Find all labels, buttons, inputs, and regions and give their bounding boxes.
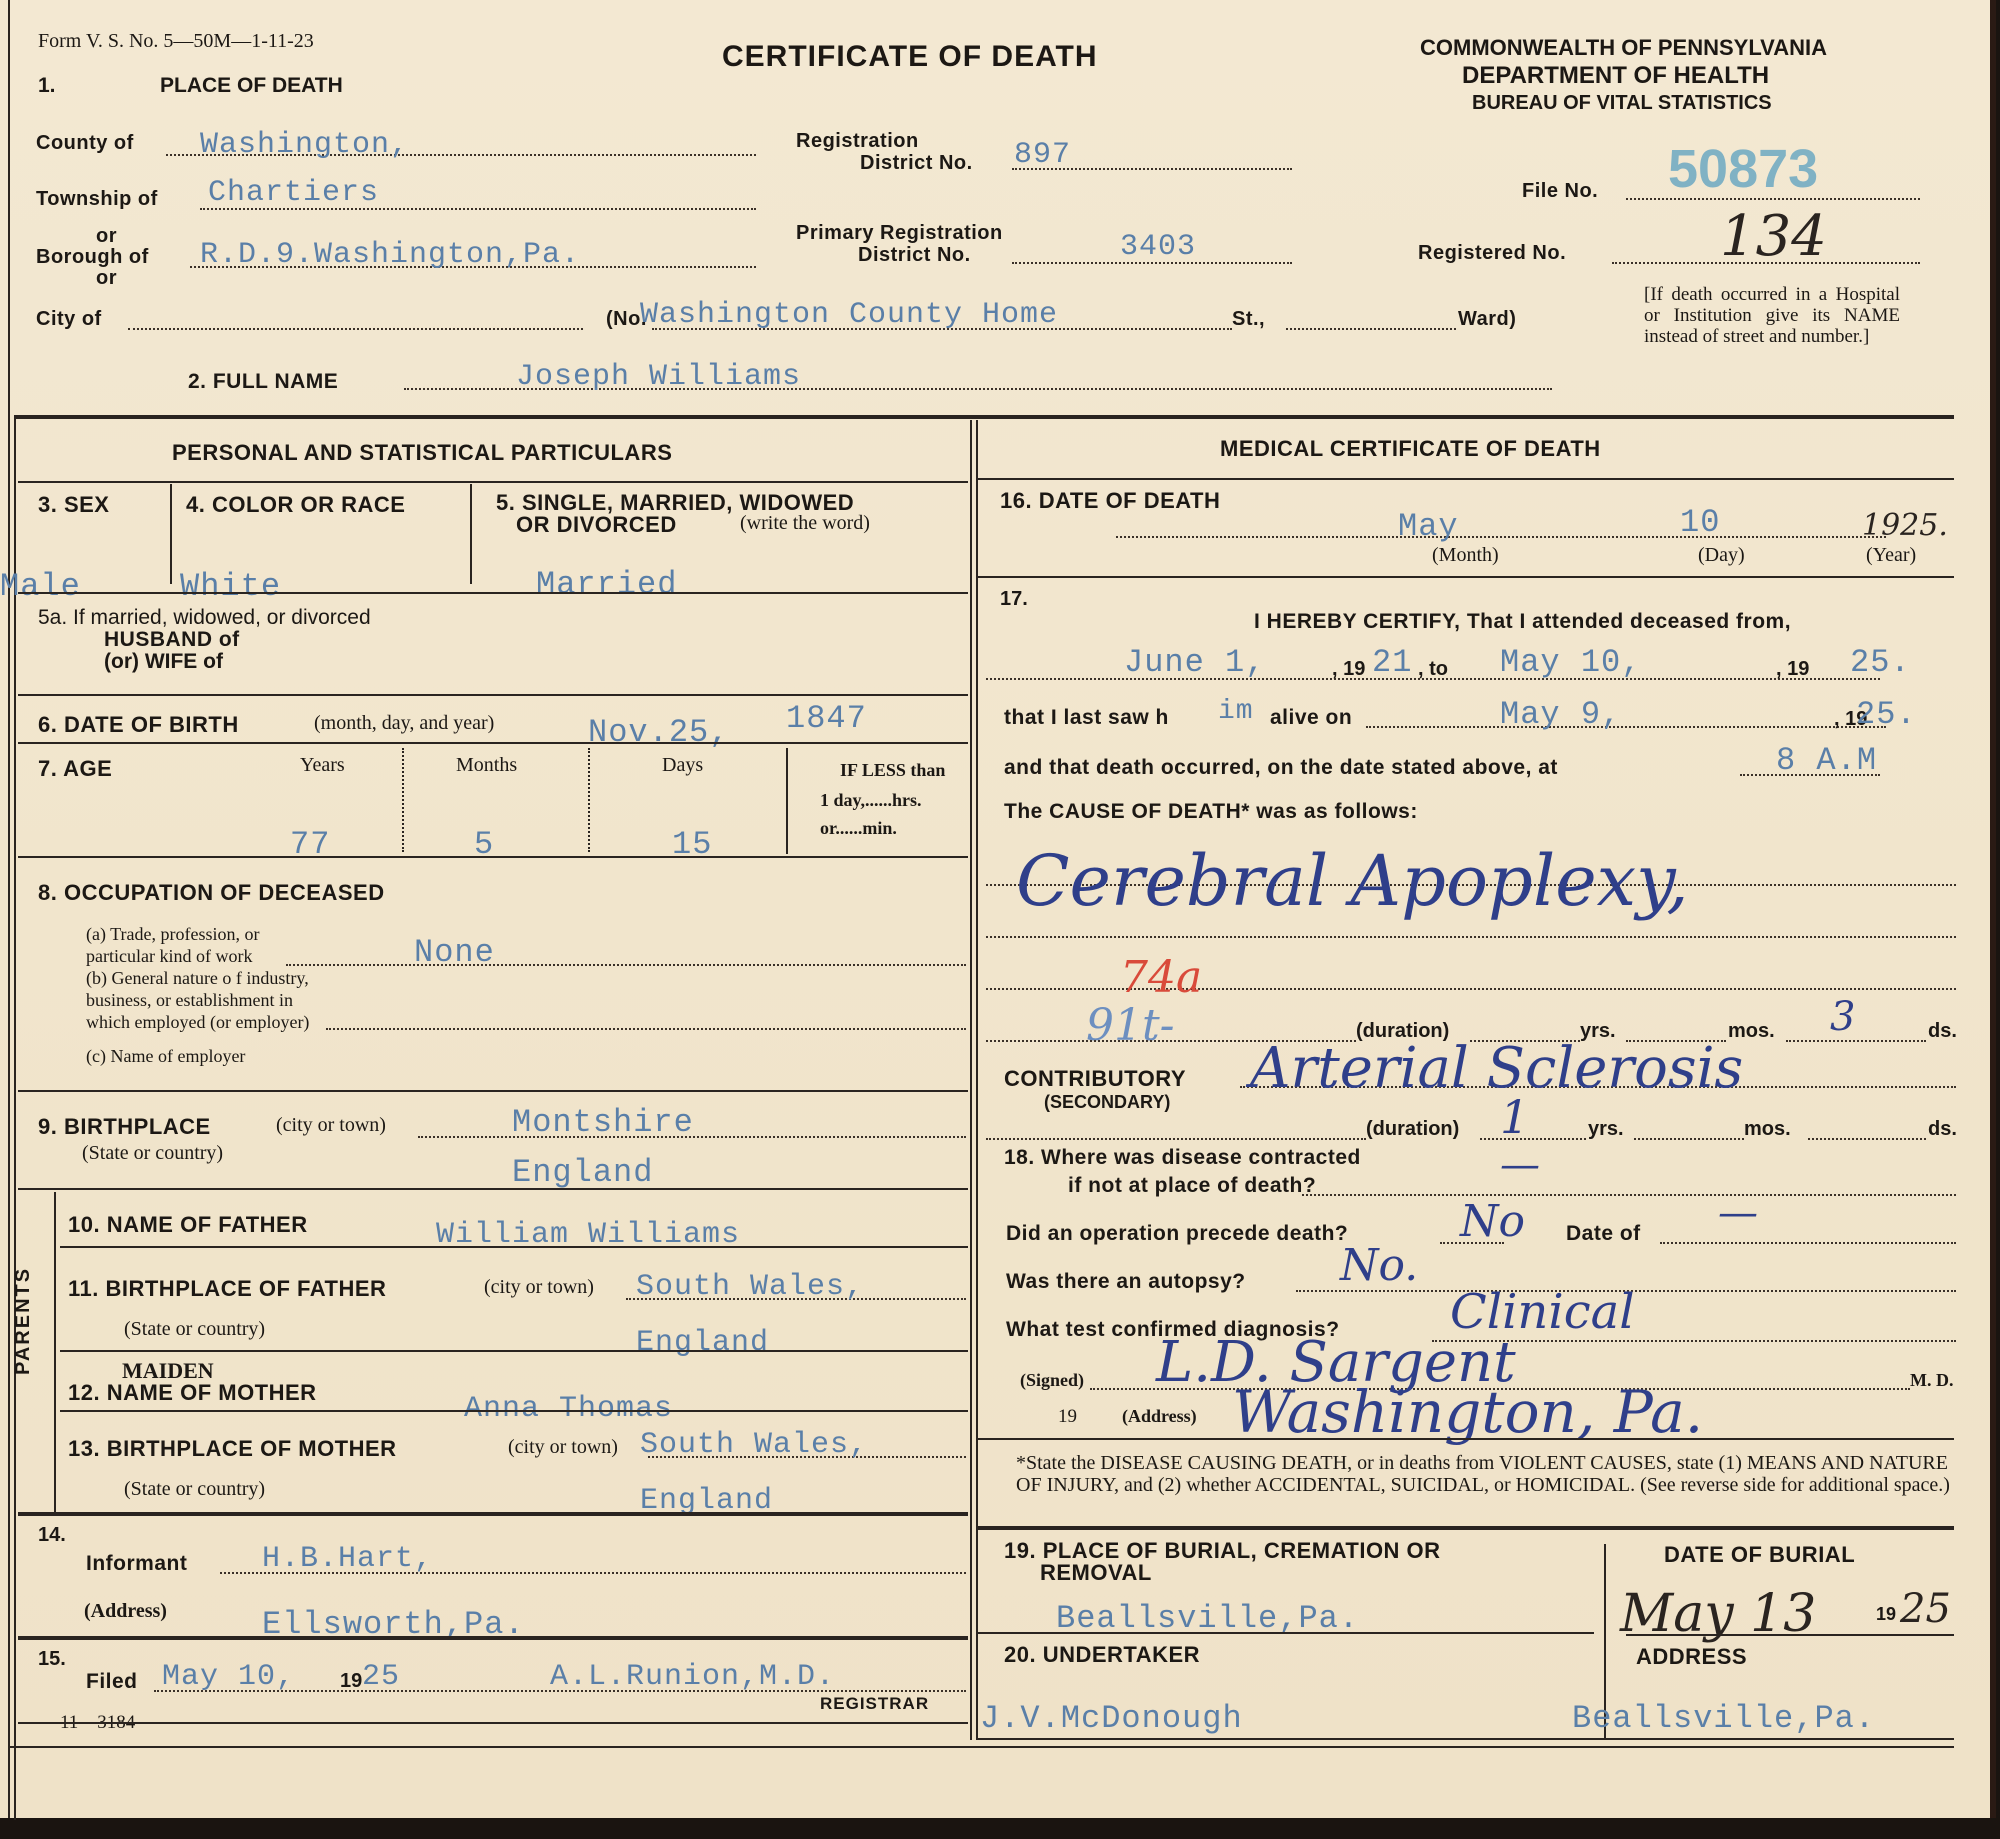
or-label-2: or: [96, 267, 117, 290]
occupation-a-label-1: (a) Trade, profession, or: [86, 924, 259, 945]
borough-label: Borough of: [36, 246, 149, 269]
spouse-divider: [18, 694, 968, 696]
spouse-label-1: 5a. If married, widowed, or divorced: [38, 606, 371, 630]
spouse-label-3: (or) WIFE of: [104, 650, 223, 674]
signed-label: (Signed): [1020, 1370, 1084, 1391]
city-label: City of: [36, 308, 102, 331]
informant-divider: [18, 1636, 968, 1640]
city-field[interactable]: [128, 328, 583, 330]
age-less-label-3: or......min.: [820, 818, 897, 839]
burial-date-label: DATE OF BURIAL: [1664, 1542, 1855, 1568]
county-field[interactable]: Washington,: [200, 128, 409, 162]
father-name-divider: [60, 1246, 968, 1248]
column-divider-2: [976, 420, 978, 1740]
signature-year-label: 19: [1058, 1406, 1077, 1428]
autopsy-label: Was there an autopsy?: [1006, 1270, 1246, 1294]
code-annotation-red: 74a: [1120, 952, 1202, 1003]
informant-label: Informant: [86, 1552, 187, 1576]
parents-divider: [18, 1512, 968, 1516]
spouse-field[interactable]: [380, 630, 940, 670]
race-divider: [470, 484, 472, 584]
parents-bracket: [54, 1192, 56, 1512]
township-field[interactable]: Chartiers: [208, 176, 379, 210]
registration-district-field[interactable]: 897: [1014, 138, 1071, 172]
death-year-field[interactable]: 1925.: [1862, 508, 1948, 543]
informant-field[interactable]: H.B.Hart,: [262, 1542, 433, 1576]
marital-hint: (write the word): [740, 512, 870, 535]
occupation-b-label-2: business, or establishment in: [86, 990, 293, 1011]
agency-department: DEPARTMENT OF HEALTH: [1462, 62, 1769, 90]
parents-side-label: PARENTS: [12, 1267, 35, 1375]
death-day-field[interactable]: 10: [1680, 504, 1720, 541]
date-of-death-label: 16. DATE OF DEATH: [1000, 488, 1220, 514]
dob-year-field[interactable]: 1847: [786, 700, 867, 737]
death-occurred-label: and that death occurred, on the date sta…: [1004, 756, 1558, 780]
occupation-a-line: [286, 964, 966, 966]
physician-address-field[interactable]: Washington, Pa.: [1232, 1378, 1703, 1446]
birthplace-state-label: (State or country): [82, 1142, 223, 1165]
mother-birthplace-city-field[interactable]: South Wales,: [640, 1428, 868, 1462]
mother-name-field[interactable]: Anna Thomas: [464, 1392, 673, 1426]
street-label: St.,: [1232, 308, 1265, 331]
personal-heading-divider: [18, 481, 968, 483]
informant-address-label: (Address): [84, 1600, 167, 1623]
dob-hint: (month, day, and year): [314, 712, 494, 735]
occupation-a-label-2: particular kind of work: [86, 946, 252, 967]
burial-date-divider: [1626, 1634, 1954, 1636]
medical-heading-divider: [978, 478, 1954, 480]
registered-number-label: Registered No.: [1418, 242, 1566, 265]
death-month-field[interactable]: May: [1398, 508, 1459, 545]
burial-year-field[interactable]: 25: [1900, 1586, 1951, 1632]
left-frame: [8, 0, 10, 1818]
secondary-duration-pre-line: [986, 1138, 1366, 1140]
primary-district-label: District No.: [858, 244, 971, 267]
full-name-label: 2. FULL NAME: [188, 370, 338, 394]
month-caption: (Month): [1432, 544, 1499, 567]
mother-birthplace-label: 13. BIRTHPLACE OF MOTHER: [68, 1436, 397, 1462]
last-saw-year-field[interactable]: 25.: [1856, 696, 1917, 733]
mother-birthplace-hint: (city or town): [508, 1436, 618, 1459]
age-days-divider: [786, 748, 788, 854]
secondary-ds-label: ds.: [1928, 1118, 1957, 1141]
death-time-field[interactable]: 8 A.M: [1776, 742, 1877, 779]
filed-date-field[interactable]: May 10,: [162, 1660, 295, 1694]
right-edge: [1990, 0, 1996, 1818]
birthplace-city-field[interactable]: Montshire: [512, 1104, 694, 1141]
father-birthplace-city-field[interactable]: South Wales,: [636, 1270, 864, 1304]
mother-name-label: 12. NAME OF MOTHER: [68, 1380, 317, 1406]
age-months-label: Months: [456, 754, 517, 777]
occupation-trade-field[interactable]: None: [414, 934, 495, 971]
secondary-duration-yrs-field[interactable]: 1: [1500, 1090, 1529, 1144]
form-number: Form V. S. No. 5—50M—1-11-23: [38, 30, 314, 53]
bottom-frame-line: [10, 1746, 1954, 1748]
secondary-label: (SECONDARY): [1044, 1092, 1170, 1113]
attended-from-field[interactable]: June 1,: [1124, 644, 1265, 681]
dob-label: 6. DATE OF BIRTH: [38, 712, 239, 738]
secondary-duration-label: (duration): [1366, 1118, 1459, 1141]
filed-label: Filed: [86, 1670, 138, 1694]
county-label: County of: [36, 132, 134, 155]
registered-number-field[interactable]: 134: [1720, 204, 1827, 269]
filed-number: 15.: [38, 1648, 66, 1671]
top-divider: [14, 415, 1954, 419]
dob-field[interactable]: Nov.25,: [588, 714, 729, 751]
attended-to-year-field[interactable]: 25.: [1850, 644, 1911, 681]
primary-registration-label: Primary Registration: [796, 222, 1003, 245]
secondary-mos-field[interactable]: [1634, 1138, 1744, 1140]
contributory-label: CONTRIBUTORY: [1004, 1066, 1186, 1092]
left-frame-inner: [14, 415, 16, 1820]
burial-place-label-2: REMOVAL: [1040, 1560, 1152, 1586]
contracted-line: [1302, 1194, 1956, 1196]
occupation-label: 8. OCCUPATION OF DECEASED: [38, 880, 385, 906]
dod-divider: [978, 576, 1954, 578]
certify-number: 17.: [1000, 588, 1028, 611]
operation-field[interactable]: No: [1460, 1196, 1525, 1247]
date-of-death-line: [1116, 536, 1886, 538]
father-birthplace-divider: [60, 1350, 968, 1352]
occupation-b-label-1: (b) General nature o f industry,: [86, 968, 309, 989]
registrar-field[interactable]: A.L.Runion,M.D.: [550, 1660, 835, 1694]
physician-address-label: (Address): [1122, 1406, 1197, 1427]
race-field[interactable]: White: [180, 568, 281, 605]
marital-divider: [18, 592, 968, 594]
registration-label: Registration: [796, 130, 919, 153]
father-birthplace-hint: (city or town): [484, 1276, 594, 1299]
spouse-label-2: HUSBAND of: [104, 628, 240, 652]
marital-status-field[interactable]: Married: [536, 566, 677, 603]
mother-state-label: (State or country): [124, 1478, 265, 1501]
sex-divider: [170, 484, 172, 584]
year-caption: (Year): [1866, 544, 1916, 567]
last-saw-date-field[interactable]: May 9,: [1500, 696, 1621, 733]
contracted-label-2: if not at place of death?: [1068, 1174, 1316, 1198]
operation-date-label: Date of: [1566, 1222, 1641, 1246]
age-years-label: Years: [300, 754, 345, 777]
cause-of-death-label: The CAUSE OF DEATH* was as follows:: [1004, 800, 1418, 824]
age-label: 7. AGE: [38, 756, 112, 782]
occupation-c-label: (c) Name of employer: [86, 1046, 245, 1067]
personal-particulars-heading: PERSONAL AND STATISTICAL PARTICULARS: [172, 440, 672, 466]
md-label: M. D.: [1910, 1370, 1954, 1391]
bottom-right-divider: [978, 1738, 1954, 1740]
last-saw-line: [1366, 726, 1886, 728]
occupation-divider: [18, 1090, 968, 1092]
full-name-field[interactable]: Joseph Williams: [516, 360, 801, 394]
code-annotation-blue: 91t-: [1086, 1000, 1175, 1051]
undertaker-address-label: ADDRESS: [1636, 1644, 1747, 1670]
filed-year-prefix: 19: [340, 1670, 362, 1693]
cause-ds-label: ds.: [1928, 1020, 1957, 1043]
occupation-industry-field[interactable]: [326, 1028, 966, 1030]
page-title: CERTIFICATE OF DEATH: [722, 40, 1098, 74]
contracted-label-1: 18. Where was disease contracted: [1004, 1146, 1361, 1170]
file-number-label: File No.: [1522, 180, 1598, 203]
institution-field[interactable]: Washington County Home: [640, 298, 1058, 332]
sex-field[interactable]: Male: [0, 568, 81, 605]
operation-label: Did an operation precede death?: [1006, 1222, 1348, 1246]
section-number-1: 1.: [38, 74, 56, 98]
contracted-field[interactable]: —: [1500, 1142, 1540, 1188]
township-label: Township of: [36, 188, 158, 211]
birthplace-divider: [18, 1188, 968, 1190]
occupation-b-label-3: which employed (or employer): [86, 1012, 309, 1033]
birthplace-label: 9. BIRTHPLACE: [38, 1114, 211, 1140]
age-less-label-1: IF LESS than: [840, 760, 945, 781]
secondary-yrs-label: yrs.: [1588, 1118, 1624, 1141]
informant-number: 14.: [38, 1524, 66, 1547]
or-label-1: or: [96, 225, 117, 248]
undertaker-address-field[interactable]: Beallsville,Pa.: [1572, 1700, 1875, 1737]
undertaker-label: 20. UNDERTAKER: [1004, 1642, 1200, 1668]
marital-label-2: OR DIVORCED: [516, 512, 677, 538]
burial-top-divider: [978, 1526, 1954, 1530]
cause-of-death-field[interactable]: Cerebral Apoplexy,: [1016, 840, 1689, 922]
father-birthplace-label: 11. BIRTHPLACE OF FATHER: [68, 1276, 386, 1302]
attended-to-year-prefix: , 19: [1776, 658, 1809, 681]
cause-footnote: *State the DISEASE CAUSING DEATH, or in …: [1016, 1452, 1956, 1496]
burial-place-divider: [978, 1632, 1594, 1634]
last-saw-pronoun-field[interactable]: im: [1218, 696, 1254, 727]
filed-year-field[interactable]: 25: [362, 1660, 400, 1694]
age-less-label-2: 1 day,......hrs.: [820, 790, 922, 811]
borough-field[interactable]: R.D.9.Washington,Pa.: [200, 238, 580, 272]
agency-commonwealth: COMMONWEALTH OF PENNSYLVANIA: [1420, 35, 1827, 61]
last-saw-label: that I last saw h: [1004, 706, 1169, 730]
death-certificate-page: Form V. S. No. 5—50M—1-11-23 CERTIFICATE…: [0, 0, 1996, 1818]
operation-date-field[interactable]: —: [1718, 1190, 1758, 1236]
burial-year-prefix: 19: [1876, 1604, 1896, 1625]
medical-heading: MEDICAL CERTIFICATE OF DEATH: [1220, 436, 1601, 462]
father-birthplace-state-field[interactable]: England: [636, 1326, 769, 1360]
sex-label: 3. SEX: [38, 492, 109, 518]
place-of-death-heading: PLACE OF DEATH: [160, 74, 343, 98]
attended-to-label: , to: [1418, 658, 1448, 681]
undertaker-field[interactable]: J.V.McDonough: [980, 1700, 1243, 1737]
attended-from-year-field[interactable]: 21: [1372, 644, 1412, 681]
contributory-field[interactable]: Arterial Sclerosis: [1250, 1036, 1743, 1101]
certify-statement: I HEREBY CERTIFY, That I attended deceas…: [1254, 610, 1791, 634]
ward-label: Ward): [1458, 308, 1516, 331]
signature-divider: [978, 1438, 1954, 1440]
race-label: 4. COLOR OR RACE: [186, 492, 405, 518]
agency-bureau: BUREAU OF VITAL STATISTICS: [1472, 92, 1772, 115]
age-divider: [18, 856, 968, 858]
age-years-divider: [402, 748, 404, 852]
institution-note: [If death occurred in a Hospital or Inst…: [1644, 284, 1900, 347]
cause-ds-line: [1786, 1040, 1926, 1042]
mother-name-divider: [60, 1410, 968, 1412]
attended-from-year-prefix: , 19: [1332, 658, 1365, 681]
birthplace-state-field[interactable]: England: [512, 1154, 653, 1191]
age-days-label: Days: [662, 754, 703, 777]
attended-to-field[interactable]: May 10,: [1500, 644, 1641, 681]
dob-divider: [18, 742, 968, 744]
column-divider: [970, 420, 972, 1740]
bottom-left-divider: [18, 1722, 968, 1724]
cause-duration-mos-field[interactable]: 3: [1830, 994, 1855, 1040]
father-name-label: 10. NAME OF FATHER: [68, 1212, 308, 1238]
secondary-yrs-line: [1480, 1138, 1586, 1140]
registrar-label: REGISTRAR: [820, 1694, 929, 1714]
alive-on-label: alive on: [1270, 706, 1352, 730]
secondary-ds-field[interactable]: [1808, 1138, 1926, 1140]
age-months-divider: [588, 748, 590, 852]
day-caption: (Day): [1698, 544, 1745, 567]
ward-field[interactable]: [1286, 328, 1456, 330]
file-number-stamp: 50873: [1668, 138, 1818, 200]
cause-line-2: [986, 936, 1956, 938]
autopsy-field[interactable]: No.: [1340, 1240, 1418, 1291]
primary-district-field[interactable]: 3403: [1120, 230, 1196, 264]
operation-date-line: [1660, 1242, 1956, 1244]
secondary-mos-label: mos.: [1744, 1118, 1791, 1141]
father-state-label: (State or country): [124, 1318, 265, 1341]
birthplace-hint: (city or town): [276, 1114, 386, 1137]
registration-district-label: District No.: [860, 152, 973, 175]
